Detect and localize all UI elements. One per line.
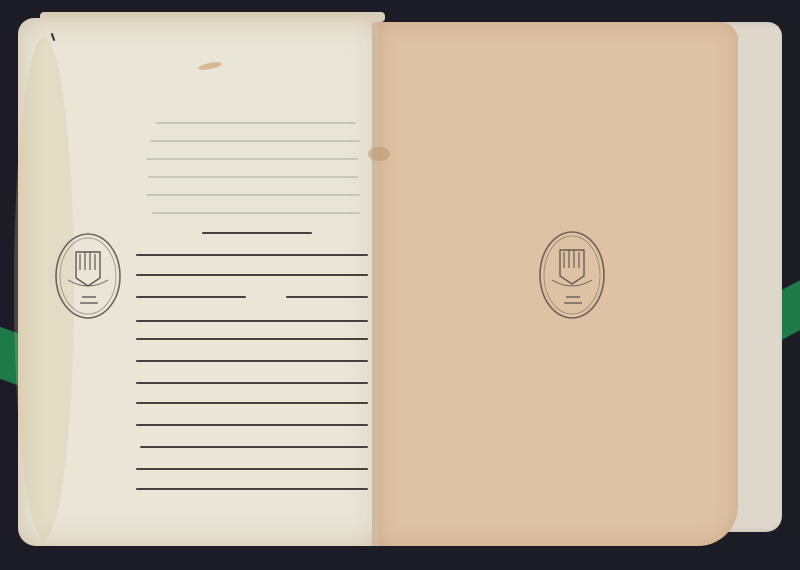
basmala-heading <box>202 232 312 234</box>
ink-text-block <box>136 232 371 492</box>
right-page <box>378 22 738 546</box>
water-stain <box>368 147 390 161</box>
manuscript-book <box>0 0 800 570</box>
seal-stamp-left <box>52 230 124 322</box>
water-stain <box>198 61 223 72</box>
seal-stamp-right <box>536 228 608 322</box>
corner-mark <box>51 33 56 41</box>
left-page <box>18 18 380 546</box>
faded-text-block <box>146 118 366 228</box>
